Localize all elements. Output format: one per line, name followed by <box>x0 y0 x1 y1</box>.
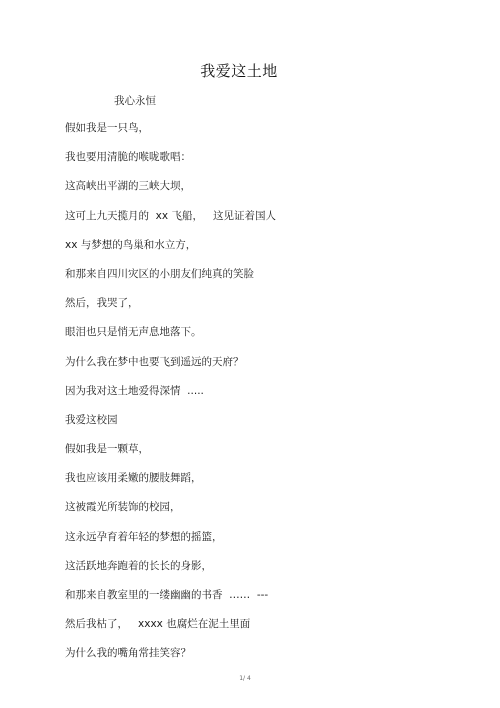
poem-line: 假如我是一颗草， <box>65 442 276 456</box>
poem-body: 假如我是一只鸟， 我也要用清脆的喉咙歌唱： 这高峡出平湖的三峡大坝， 这可上九天… <box>65 121 276 676</box>
poem-line: 这永远孕育着年轻的梦想的摇篮， <box>65 530 276 544</box>
document-subtitle: 我心永恒 <box>114 94 156 108</box>
poem-line: 和那来自四川灾区的小朋友们纯真的笑脸 <box>65 267 276 281</box>
section-heading: 我爱这校园 <box>65 413 276 427</box>
poem-line: 为什么我在梦中也要飞到遥远的天府？ <box>65 355 276 369</box>
poem-line: 为什么我的嘴角常挂笑容？ <box>65 646 276 660</box>
poem-line: 和那来自教室里的一缕幽幽的书香 …… --- <box>65 588 276 602</box>
poem-line: 这活跃地奔跑着的长长的身影， <box>65 559 276 573</box>
poem-line: 我也应该用柔嫩的腰肢舞蹈， <box>65 471 276 485</box>
poem-line: 然后我枯了， xxxx 也腐烂在泥土里面 <box>65 617 276 631</box>
poem-line: 因为我对这土地爱得深情 ..... <box>65 384 276 398</box>
poem-line: xx 与梦想的鸟巢和水立方， <box>65 238 276 252</box>
poem-line: 这高峡出平湖的三峡大坝， <box>65 179 276 193</box>
poem-line: 假如我是一只鸟， <box>65 121 276 135</box>
document-title: 我爱这土地 <box>0 61 478 81</box>
poem-line: 我也要用清脆的喉咙歌唱： <box>65 150 276 164</box>
poem-line: 这可上九天揽月的 xx 飞船， 这见证着国人 <box>65 209 276 223</box>
poem-line: 这被霞光所装饰的校园， <box>65 500 276 514</box>
poem-line: 然后，我哭了， <box>65 296 276 310</box>
document-page: 我爱这土地 我心永恒 假如我是一只鸟， 我也要用清脆的喉咙歌唱： 这高峡出平湖的… <box>0 0 500 708</box>
page-number: 1/ 4 <box>0 675 490 683</box>
poem-line: 眼泪也只是悄无声息地落下。 <box>65 325 276 339</box>
